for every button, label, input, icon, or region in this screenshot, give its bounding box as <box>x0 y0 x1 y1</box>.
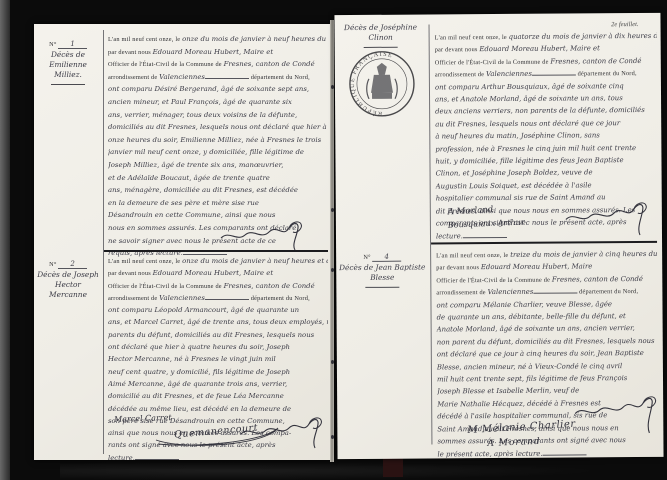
handwritten-text: ancien mineur, et Paul François, âgé de … <box>108 98 292 106</box>
handwritten-text: janvier mil neuf cent onze, y domiciliée… <box>108 148 304 156</box>
handwritten-text: Augustin Louis Soiquet, est décédée à l'… <box>436 181 592 190</box>
handwritten-text: de quarante un ans, débitante, belle-fil… <box>437 312 626 321</box>
act-text-line: ancien mineur, et Paul François, âgé de … <box>108 95 328 108</box>
handwritten-text: ont comparu Arthur Bousquiaux, âgé de so… <box>435 82 624 91</box>
handwritten-text: onze heures du soir, Emilienne Milliez, … <box>108 136 321 144</box>
handwritten-text: treize du mois de janvier à cinq heures … <box>510 250 658 259</box>
act-text-line: Aimé Mercanne, âgé de quarante trois ans… <box>108 377 328 389</box>
act-text-line: Hector Mercanne, né à Fresnes le vingt j… <box>108 352 328 364</box>
printed-form-text: arrondissement de <box>108 74 159 81</box>
printed-form-text: L'an mil neuf cent onze, le <box>435 34 509 42</box>
handwritten-text: ans, verrier, ménager, tous deux voisins… <box>108 111 297 119</box>
handwritten-text: ont comparu Mélanie Charlier, veuve Bles… <box>436 300 612 309</box>
act-text-line: ont comparu Arthur Bousquiaux, âgé de so… <box>435 79 657 93</box>
register-right-page: 2e feuillet. Décès de Joséphine Clinon R… <box>334 13 663 459</box>
binding-stitch <box>331 435 334 439</box>
record-title-line2: Clinon <box>335 33 427 44</box>
act-text-line: Joseph Milliez, âgé de trente six ans, m… <box>108 158 328 171</box>
act-text-line: arrondissement de Valenciennes départeme… <box>108 70 328 83</box>
act-text-line: Officier de l'État-Civil de la Commune d… <box>108 57 328 70</box>
printed-form-text: L'an mil neuf cent onze, le <box>108 36 182 43</box>
handwritten-text: Edouard Moreau Hubert, Maire et <box>153 269 274 277</box>
handwritten-text: mil huit cent trente sept, fils légitime… <box>437 374 627 383</box>
ruled-blank <box>532 69 576 76</box>
binding-stitch <box>331 208 334 212</box>
scanned-register-photo: { "scan": { "sheet_label": "2e feuillet.… <box>0 0 667 480</box>
seal-marianne-figure <box>371 63 393 99</box>
act-text-line: arrondissement de Valenciennes départeme… <box>436 284 658 298</box>
act-text-line: L'an mil neuf cent onze, le onze du mois… <box>108 254 328 266</box>
act-text-line: profession, née à Fresnes le cinq juin m… <box>435 141 657 155</box>
binding-stitch <box>331 360 334 364</box>
printed-form-text: département du Nord, <box>577 288 638 295</box>
act-text-line: ans, verrier, ménager, tous deux voisins… <box>108 108 328 121</box>
scan-left-edge <box>0 0 10 480</box>
margin-dash <box>365 287 399 288</box>
record-title-line2: Milliez. <box>36 70 100 80</box>
act-text-line: Officier de l'État-Civil de la Commune d… <box>108 279 328 291</box>
printed-form-text: par devant nous <box>435 47 480 54</box>
record-number: 4 <box>372 253 401 262</box>
act-text-line: neuf cent quatre, y domicilié, fils légi… <box>108 365 328 377</box>
printed-form-text: département du Nord, <box>249 295 310 302</box>
ruled-blank <box>205 72 249 79</box>
handwritten-text: décédée au même lieu, est décédé en la d… <box>108 405 291 413</box>
handwritten-text: onze du mois de janvier à neuf heures du… <box>182 35 328 43</box>
record-number-row: N° 4 <box>336 252 428 261</box>
record-title-line2: Hector Mercanne <box>36 280 100 300</box>
record-number-row: N° 2 <box>36 260 100 268</box>
handwritten-text: Désandrouin en cette Commune, ainsi que … <box>108 211 275 219</box>
handwritten-text: au dit Fresnes, lesquels nous ont déclar… <box>435 119 620 128</box>
handwritten-text: Valenciennes <box>159 294 205 302</box>
act-text-line: domicilié au dit Fresnes, et de feue Léa… <box>108 389 328 401</box>
handwritten-text: Anatole Morland, âgé de soixante un ans,… <box>437 324 635 333</box>
act-text-line: L'an mil neuf cent onze, le quatorze du … <box>435 29 657 43</box>
record-title-line1: Décès de Emilienne <box>36 50 100 70</box>
handwritten-text: profession, née à Fresnes le cinq juin m… <box>435 144 636 153</box>
printed-form-text: Officier de l'État-Civil de la Commune d… <box>435 58 551 66</box>
ruled-blank <box>135 453 179 460</box>
act-text-line: deux anciens verriers, non parents de la… <box>435 103 657 117</box>
record-title-line1: Décès de Joseph <box>36 270 100 280</box>
act-text-line: par devant nous Edouard Moreau Hubert, M… <box>108 266 328 278</box>
margin-rule-left-page <box>103 30 104 454</box>
ruled-blank <box>205 293 249 300</box>
act-text-line: ans, ménagère, domiciliée au dit Fresnes… <box>108 183 328 196</box>
record-number-row: N° 1 <box>36 40 100 48</box>
handwritten-text: Fresnes, canton de Condé <box>224 282 315 290</box>
act-text-line: et de Adélaïde Boucaut, âgée de trente q… <box>108 171 328 184</box>
mayor-signature-flourish <box>564 201 654 238</box>
act-text-line: janvier mil neuf cent onze, y domiciliée… <box>108 145 328 158</box>
handwritten-text: parents du défunt, domiciliés au dit Fre… <box>108 331 314 339</box>
handwritten-text: domiciliés au dit Fresnes, lesquels nous… <box>108 123 327 131</box>
margin-annotation-record2: N° 2 Décès de Joseph Hector Mercanne <box>36 260 100 300</box>
margin-annotation-record3: Décès de Joséphine Clinon <box>335 23 427 49</box>
printed-form-text: Officier de l'État-Civil de la Commune d… <box>108 61 224 68</box>
printed-form-text: arrondissement de <box>436 289 487 296</box>
handwritten-text: huit, y domiciliée, fille légitime des f… <box>435 156 623 165</box>
handwritten-text: Valenciennes <box>488 288 534 296</box>
handwritten-text: quatorze du mois de janvier à dix heures… <box>509 32 657 41</box>
margin-annotation-record1: N° 1 Décès de Emilienne Milliez. <box>36 40 100 85</box>
margin-rule-right-page <box>429 24 433 444</box>
handwritten-text: Blesse, ancien mineur, né à Vieux-Condé … <box>437 362 622 371</box>
handwritten-text: neuf cent quatre, y domicilié, fils légi… <box>108 368 290 376</box>
handwritten-text: Aimé Mercanne, âgé de quarante trois ans… <box>108 380 287 388</box>
register-left-page: N° 1 Décès de Emilienne Milliez. L'an mi… <box>34 24 332 460</box>
printed-form-text: L'an mil neuf cent onze, le <box>108 258 182 265</box>
act-text-line: ont comparu Désiré Bergerand, âgé de soi… <box>108 82 328 95</box>
handwritten-text: Fresnes, canton de Condé <box>552 275 643 284</box>
binding-stitch <box>331 268 334 272</box>
act-text-line: parents du défunt, domiciliés au dit Fre… <box>108 328 328 340</box>
handwritten-text: Hector Mercanne, né à Fresnes le vingt j… <box>108 355 276 363</box>
handwritten-text: ont comparu Désiré Bergerand, âgé de soi… <box>108 85 309 93</box>
printed-form-text: arrondissement de <box>108 295 159 302</box>
handwritten-text: ont comparu Léopold Armancourt, âgé de q… <box>108 306 299 314</box>
sheet-number-label: 2e feuillet. <box>611 21 638 28</box>
act-text-line: le présent acte, après lecture. <box>437 445 659 459</box>
handwritten-text: Valenciennes <box>486 70 532 78</box>
act-text-line: mil huit cent trente sept, fils légitime… <box>437 371 659 385</box>
margin-dash <box>51 84 85 85</box>
act-text-line: onze heures du soir, Emilienne Milliez, … <box>108 133 328 146</box>
handwritten-text: non parent du défunt, domiciliés au dit … <box>437 337 655 347</box>
printed-form-text: Officier de l'État-Civil de la Commune d… <box>108 283 224 290</box>
record-divider <box>431 241 657 245</box>
handwritten-text: Edouard Moreau Hubert, Maire et <box>153 48 274 56</box>
handwritten-text: ans, et Anatole Morland, âgé de soixante… <box>435 94 623 103</box>
handwritten-text: lecture. <box>108 454 135 462</box>
handwritten-text: Edouard Moreau Hubert, Maire et <box>479 45 600 54</box>
mayor-signature-flourish <box>239 416 329 450</box>
binding-stitch <box>331 85 334 89</box>
handwritten-text: Clinon, et Joséphine Joseph Boldez, veuv… <box>436 169 593 178</box>
handwritten-text: Valenciennes <box>159 73 205 81</box>
handwritten-text: deux anciens verriers, non parents de la… <box>435 106 645 115</box>
printed-form-text: L'an mil neuf cent onze, le <box>436 252 510 260</box>
handwritten-text: ont déclaré que hier à quatre heures du … <box>108 343 290 351</box>
act-text-line: décédée au même lieu, est décédé en la d… <box>108 402 328 414</box>
act-text-line: L'an mil neuf cent onze, le treize du mo… <box>436 247 658 261</box>
act-text-line: ont déclaré que ce jour à cinq heures du… <box>437 346 659 360</box>
handwritten-text: onze du mois de janvier à neuf heures et… <box>182 257 328 265</box>
republique-francaise-seal: RÉPUBLIQUE FRANÇAISE <box>347 49 417 119</box>
handwritten-text: le présent acte, après lecture. <box>437 449 542 458</box>
printed-form-text: Officier de l'État-Civil de la Commune d… <box>436 276 552 284</box>
handwritten-text: en la demeure de ses père et mère sise r… <box>108 199 259 207</box>
ruled-blank <box>542 448 586 455</box>
handwritten-text: Fresnes, canton de Condé <box>550 57 641 66</box>
act-text-line: lecture. <box>108 451 328 463</box>
handwritten-text: à neuf heures du matin, Joséphine Clinon… <box>435 132 600 141</box>
handwritten-text: ans, et Marcel Carret, âgé de trente ans… <box>108 318 328 326</box>
act-text-line: arrondissement de Valenciennes départeme… <box>435 66 657 80</box>
mayor-signature-flourish <box>573 395 663 436</box>
act-text-line: ans, et Marcel Carret, âgé de trente ans… <box>108 315 328 327</box>
handwritten-text: lecture. <box>436 232 463 240</box>
record-number: 2 <box>58 260 86 269</box>
printed-form-text: par devant nous <box>108 49 153 56</box>
printed-form-text: par devant nous <box>108 270 153 277</box>
record-title-line1: Décès de Joséphine <box>335 23 427 34</box>
handwritten-text: Edouard Moreau Hubert, Maire <box>481 263 593 272</box>
ruled-blank <box>463 230 507 237</box>
handwritten-text: Joseph Blesse et Isabelle Merlin, veuf d… <box>437 387 579 396</box>
handwritten-text: Joseph Milliez, âgé de trente six ans, m… <box>108 161 283 169</box>
handwritten-text: Fresnes, canton de Condé <box>224 60 315 68</box>
record-divider <box>104 250 328 252</box>
margin-annotation-record4: N° 4 Décès de Jean Baptiste Blesse <box>336 252 428 288</box>
printed-form-text: département du Nord, <box>576 70 637 77</box>
scan-shadow <box>60 462 600 480</box>
act-text-line: par devant nous Edouard Moreau Hubert, M… <box>108 45 328 58</box>
printed-form-text: arrondissement de <box>435 71 486 78</box>
record-number: 1 <box>58 40 86 49</box>
record-title-line2: Blesse <box>336 272 428 283</box>
act-text-line: ont comparu Léopold Armancourt, âgé de q… <box>108 303 328 315</box>
ruled-blank <box>533 287 577 294</box>
printed-form-text: département du Nord, <box>249 74 310 81</box>
handwritten-text: domicilié au dit Fresnes, et de feue Léa… <box>108 392 284 400</box>
act-text-line: ont déclaré que hier à quatre heures du … <box>108 340 328 352</box>
handwritten-text: ont déclaré que ce jour à cinq heures du… <box>437 349 644 358</box>
printed-form-text: par devant nous <box>436 265 481 272</box>
mayor-signature-flourish <box>219 220 309 252</box>
record-title-line1: Décès de Jean Baptiste <box>336 262 428 273</box>
act-text-line: en la demeure de ses père et mère sise r… <box>108 196 328 209</box>
act-text-line: arrondissement de Valenciennes départeme… <box>108 291 328 303</box>
act-text-line: domiciliés au dit Fresnes, lesquels nous… <box>108 120 328 133</box>
handwritten-text: ans, ménagère, domiciliée au dit Fresnes… <box>108 186 298 194</box>
handwritten-text: et de Adélaïde Boucaut, âgée de trente q… <box>108 174 270 182</box>
act-text-line: L'an mil neuf cent onze, le onze du mois… <box>108 32 328 45</box>
